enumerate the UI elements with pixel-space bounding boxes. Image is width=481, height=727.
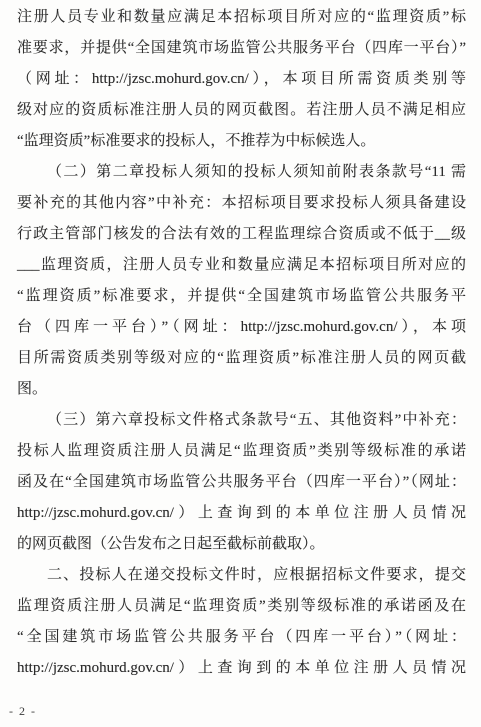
text-line: “全国建筑市场监管公共服务平台（四库一平台）”（网址： [17,622,466,653]
text-line: http://jzsc.mohurd.gov.cn/）上查询到的本单位注册人员情… [17,653,466,684]
text-line: 台（四库一平台）”（网址：http://jzsc.mohurd.gov.cn/）… [17,312,466,343]
text-line: 函及在“全国建筑市场监管公共服务平台（四库一平台）”（网址： [17,467,466,498]
text-line: 投标人监理资质注册人员满足“监理资质”类别等级标准的承诺 [17,436,466,467]
document-page: 注册人员专业和数量应满足本招标项目所对应的“监理资质”标准要求，并提供“全国建筑… [0,0,481,727]
text-line: 行政主管部门核发的合法有效的工程监理综合资质或不低于__级 [17,219,466,250]
text-line: 级对应的资质标准注册人员的网页截图。若注册人员不满足相应 [17,95,466,126]
text-line: （网址：http://jzsc.mohurd.gov.cn/），本项目所需资质类… [17,64,466,95]
text-line: （三）第六章投标文件格式条款号“五、其他资料”中补充： [17,405,466,436]
text-line: “监理资质”标准要求的投标人，不推荐为中标候选人。 [17,126,466,157]
text-line: 二、投标人在递交投标文件时，应根据招标文件要求，提交 [17,560,466,591]
text-line: 监理资质注册人员满足“监理资质”类别等级标准的承诺函及在 [17,591,466,622]
text-line: 准要求，并提供“全国建筑市场监管公共服务平台（四库一平台）” [17,33,466,64]
text-line: 图。 [17,374,466,405]
text-line: 注册人员专业和数量应满足本招标项目所对应的“监理资质”标 [17,2,466,33]
text-line: 要补充的其他内容”中补充：本招标项目要求投标人须具备建设 [17,188,466,219]
text-line: 的网页截图（公告发布之日起至截标前截取）。 [17,529,466,560]
text-line: 目所需资质类别等级对应的“监理资质”标准注册人员的网页截 [17,343,466,374]
text-line: “监理资质”标准要求，并提供“全国建筑市场监管公共服务平 [17,281,466,312]
document-body: 注册人员专业和数量应满足本招标项目所对应的“监理资质”标准要求，并提供“全国建筑… [17,2,466,684]
text-line: http://jzsc.mohurd.gov.cn/）上查询到的本单位注册人员情… [17,498,466,529]
text-line: ___监理资质，注册人员专业和数量应满足本招标项目所对应的 [17,250,466,281]
text-line: （二）第二章投标人须知的投标人须知前附表条款号“11 需 [17,157,466,188]
page-number: - 2 - [9,704,37,719]
